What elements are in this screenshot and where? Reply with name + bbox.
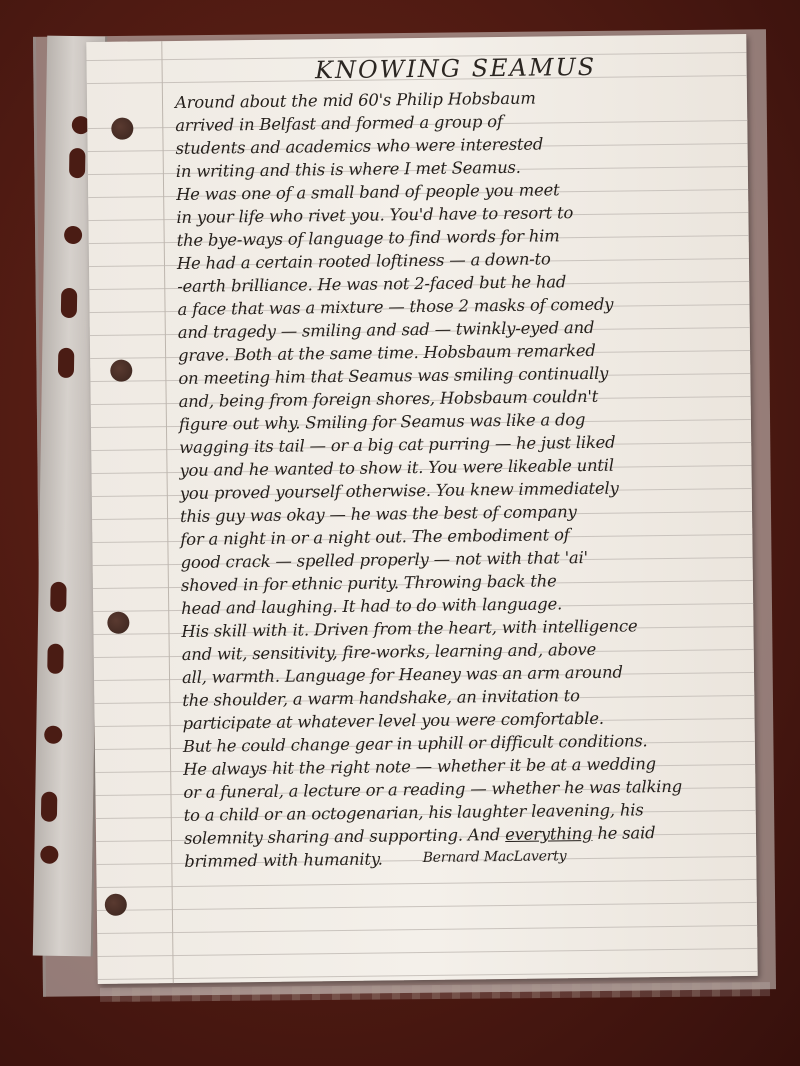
last-line: brimmed with humanity. [184, 848, 383, 873]
punch-hole [110, 360, 132, 382]
sleeve-hole [69, 148, 85, 178]
sleeve-hole [47, 644, 63, 674]
letter-body: KNOWING SEAMUS Around about the mid 60's… [174, 48, 746, 873]
handwritten-lines: Around about the mid 60's Philip Hobsbau… [175, 84, 746, 850]
sleeve-hole [64, 226, 82, 244]
sleeve-hole [41, 792, 57, 822]
signature: Bernard MacLaverty [423, 845, 567, 870]
letter-title: KNOWING SEAMUS [174, 48, 736, 89]
underlined-word: everything [505, 824, 592, 844]
sleeve-hole [44, 726, 62, 744]
punch-hole [107, 612, 129, 634]
sleeve-hole [50, 582, 66, 612]
sleeve-hole [40, 846, 58, 864]
lined-paper-sheet: KNOWING SEAMUS Around about the mid 60's… [86, 34, 757, 984]
sleeve-hole [61, 288, 77, 318]
punch-hole [105, 894, 127, 916]
punch-hole [111, 117, 133, 139]
sleeve-hole [58, 348, 74, 378]
margin-line [161, 41, 174, 983]
